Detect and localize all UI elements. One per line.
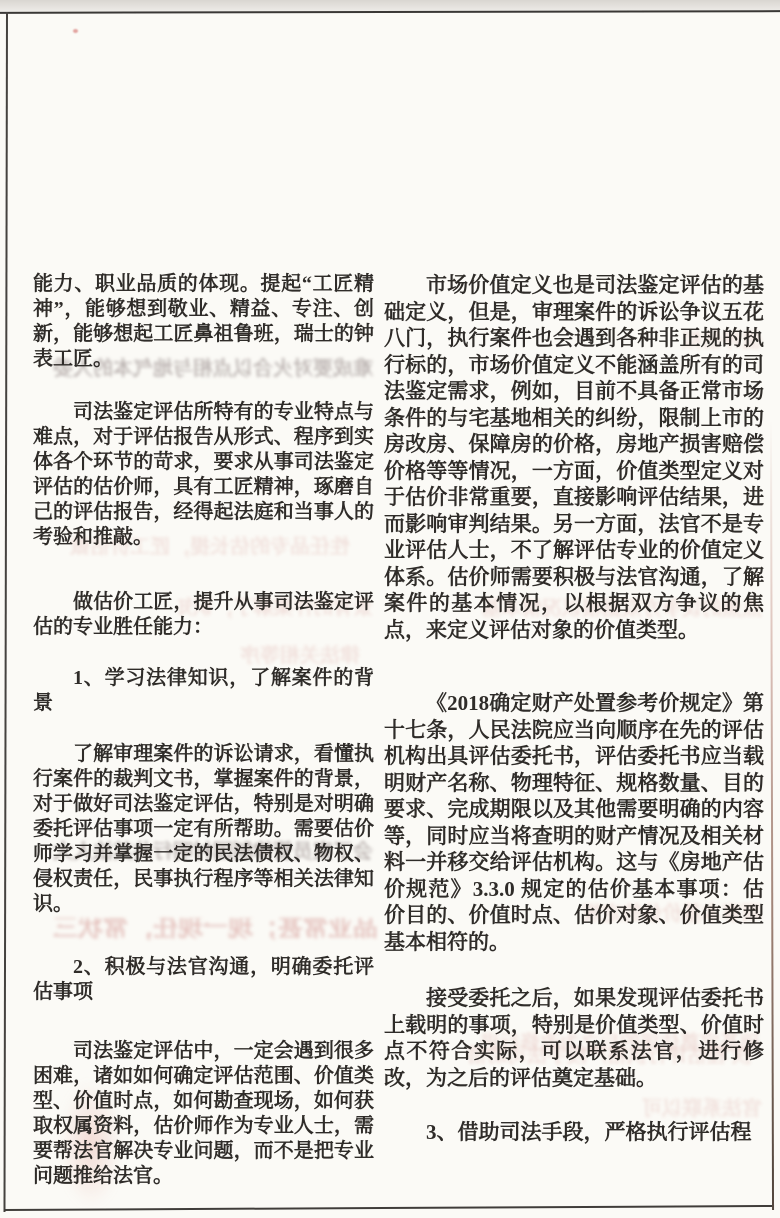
body-paragraph: 接受委托之后，如果发现评估委托书上载明的事项，特别是价值类型、价值时点不符合实际… (384, 985, 764, 1091)
body-paragraph: 做估价工匠，提升从事司法鉴定评估的专业胜任能力： (33, 590, 374, 640)
scan-frame-top-line (0, 10, 780, 14)
section-heading: 3、借助司法手段，严格执行评估程 (384, 1119, 764, 1146)
body-paragraph: 司法鉴定评估中，一定会遇到很多困难，诸如如何确定评估范围、价值类型、价值时点，如… (33, 1039, 374, 1189)
section-heading: 1、学习法律知识，了解案件的背景 (33, 666, 374, 716)
body-paragraph: 《2018确定财产处置参考价规定》第十七条，人民法院应当向顺序在先的评估机构出具… (384, 690, 764, 955)
scanned-book-page: 难成要对火合以点相与地气本的人委 性任品专的估长提，匠工价估做 景背的件案解了，… (0, 0, 780, 1218)
body-paragraph: 市场价值定义也是司法鉴定评估的基础定义，但是，审理案件的诉讼争议五花八门，执行案… (384, 272, 764, 643)
body-paragraph: 了解审理案件的诉讼请求，看懂执行案件的裁判文书，掌握案件的背景，对于做好司法鉴定… (33, 742, 374, 917)
body-paragraph: 能力、职业品质的体现。提起“工匠精神”，能够想到敬业、精益、专注、创新，能够想起… (33, 272, 374, 372)
body-paragraph: 司法鉴定评估所特有的专业特点与难点，对于评估报告从形式、程序到实体各个环节的苛求… (33, 400, 374, 550)
section-heading: 2、积极与法官沟通，明确委托评估事项 (33, 955, 374, 1005)
page-right-edge-line (770, 420, 774, 1210)
left-column: 能力、职业品质的体现。提起“工匠精神”，能够想到敬业、精益、专注、创新，能够想起… (33, 272, 374, 1189)
right-column: 市场价值定义也是司法鉴定评估的基础定义，但是，审理案件的诉讼争议五花八门，执行案… (384, 272, 764, 1146)
ink-speck (73, 29, 78, 33)
scan-frame-left-line (3, 12, 8, 1212)
